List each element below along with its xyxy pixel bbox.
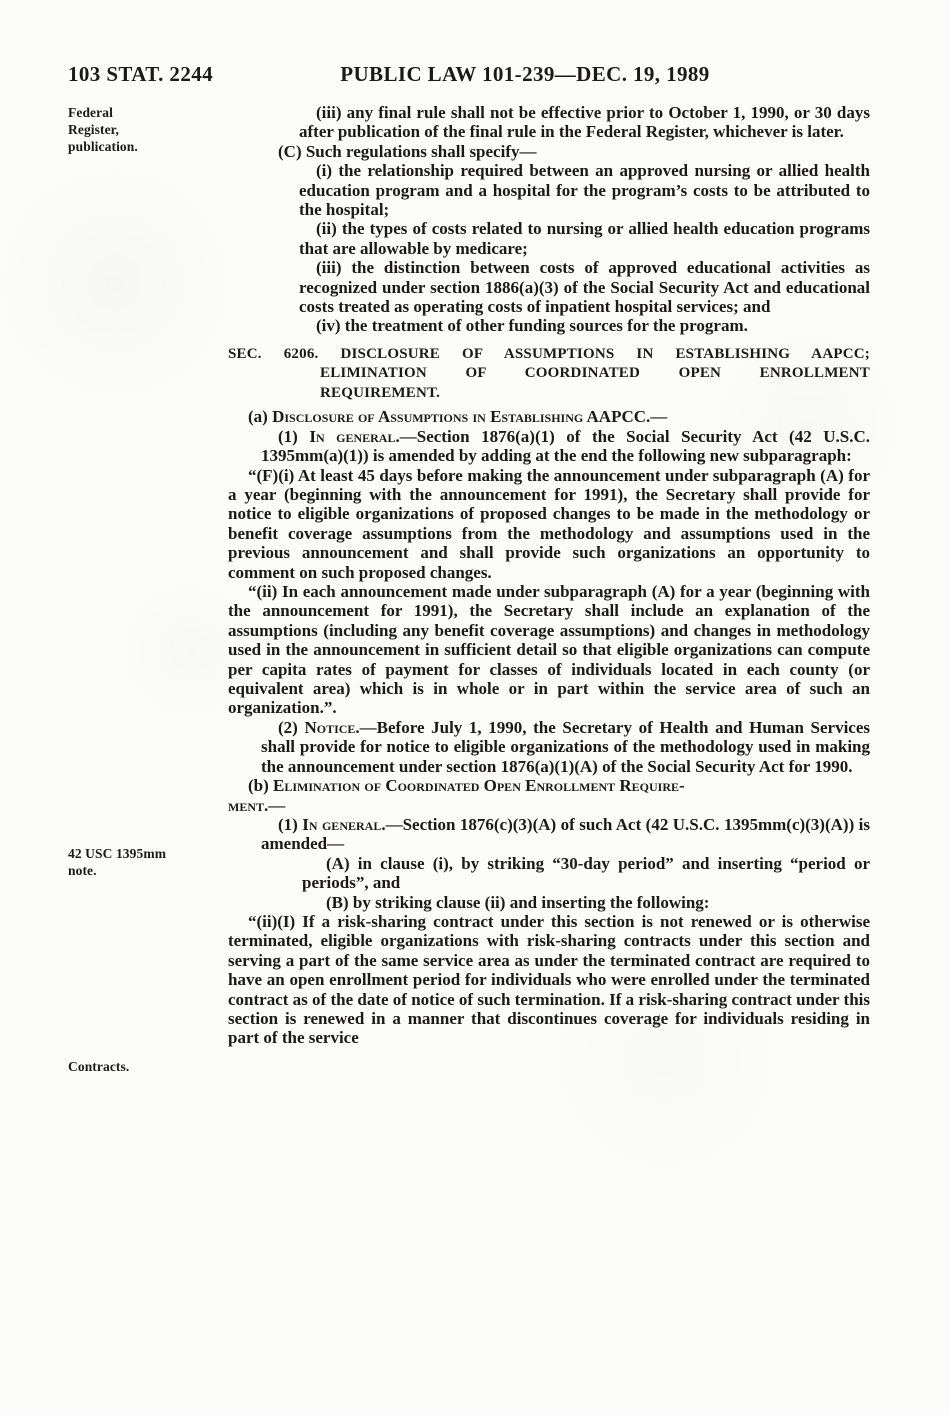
statute-paragraph: (ii) the types of costs related to nursi… bbox=[299, 219, 870, 258]
body-column: (iii) any final rule shall not be effect… bbox=[228, 103, 870, 1048]
small-caps-run: Elimination of Coordinated Open Enrollme… bbox=[273, 776, 685, 795]
section-heading: SEC. 6206. DISCLOSURE OF ASSUMPTIONS IN … bbox=[228, 345, 870, 404]
text-run: (iii) any final rule shall not be effect… bbox=[299, 103, 870, 141]
statute-paragraph: (a) Disclosure of Assumptions in Establi… bbox=[228, 407, 870, 426]
text-run: “(F)(i) At least 45 days before making t… bbox=[228, 466, 870, 582]
text-run: (b) bbox=[248, 776, 273, 795]
text-run: (1) bbox=[278, 815, 302, 834]
statute-paragraph: (A) in clause (i), by striking “30-day p… bbox=[302, 854, 870, 893]
text-run: (iii) the distinction between costs of a… bbox=[299, 258, 870, 316]
text-run: (B) by striking clause (ii) and insertin… bbox=[326, 893, 709, 912]
margin-note-line: Register, bbox=[68, 121, 220, 138]
margin-note-line: Contracts. bbox=[68, 1058, 220, 1075]
text-run: “(ii)(I) If a risk-sharing contract unde… bbox=[228, 912, 870, 1047]
statute-paragraph: (2) Notice.—Before July 1, 1990, the Sec… bbox=[261, 718, 870, 776]
text-run: (C) Such regulations shall specify— bbox=[278, 142, 537, 161]
statute-paragraph: (1) In general.—Section 1876(c)(3)(A) of… bbox=[261, 815, 870, 854]
statute-paragraph: (i) the relationship required between an… bbox=[299, 161, 870, 219]
statute-paragraph: (1) In general.—Section 1876(a)(1) of th… bbox=[261, 427, 870, 466]
text-run: “(ii) In each announcement made under su… bbox=[228, 582, 870, 717]
statute-paragraph: “(F)(i) At least 45 days before making t… bbox=[228, 466, 870, 582]
margin-note-line: publication. bbox=[68, 138, 220, 155]
contracts-note: Contracts. bbox=[68, 1058, 220, 1075]
statute-paragraph: (iv) the treatment of other funding sour… bbox=[299, 316, 870, 335]
text-run: (iv) the treatment of other funding sour… bbox=[316, 316, 748, 335]
small-caps-run: Notice bbox=[304, 718, 355, 737]
text-run: .— bbox=[646, 407, 667, 426]
section-heading-line: ELIMINATION OF COORDINATED OPEN ENROLLME… bbox=[320, 364, 870, 384]
section-heading-line: REQUIREMENT. bbox=[320, 384, 870, 404]
small-caps-run: In general bbox=[309, 427, 395, 446]
small-caps-run: Disclosure of Assumptions in Establishin… bbox=[272, 407, 646, 426]
statute-paragraph: (iii) any final rule shall not be effect… bbox=[299, 103, 870, 142]
statute-paragraph: (iii) the distinction between costs of a… bbox=[299, 258, 870, 316]
margin-note-line: Federal bbox=[68, 104, 220, 121]
statute-page: 103 STAT. 2244 PUBLIC LAW 101-239—DEC. 1… bbox=[0, 0, 950, 1415]
text-run: (a) bbox=[248, 407, 272, 426]
small-caps-run: ment.— bbox=[228, 796, 285, 815]
small-caps-run: In general bbox=[302, 815, 381, 834]
margin-note-line: 42 USC 1395mm bbox=[68, 845, 220, 862]
statute-paragraph: (C) Such regulations shall specify— bbox=[261, 142, 870, 161]
statute-paragraph: “(ii) In each announcement made under su… bbox=[228, 582, 870, 718]
section-heading-line: SEC. 6206. DISCLOSURE OF ASSUMPTIONS IN … bbox=[228, 345, 870, 365]
usc-note: 42 USC 1395mmnote. bbox=[68, 845, 220, 879]
margin-note-line: note. bbox=[68, 862, 220, 879]
statute-paragraph: (b) Elimination of Coordinated Open Enro… bbox=[228, 776, 870, 815]
text-run: (ii) the types of costs related to nursi… bbox=[299, 219, 870, 257]
statute-paragraph: (B) by striking clause (ii) and insertin… bbox=[302, 893, 870, 912]
page-stat-number: 103 STAT. 2244 bbox=[68, 62, 213, 87]
text-run: (A) in clause (i), by striking “30-day p… bbox=[302, 854, 870, 892]
statute-paragraph: “(ii)(I) If a risk-sharing contract unde… bbox=[228, 912, 870, 1048]
text-run: (2) bbox=[278, 718, 304, 737]
text-run: (i) the relationship required between an… bbox=[299, 161, 870, 219]
federal-register-note: FederalRegister,publication. bbox=[68, 104, 220, 155]
text-run: (1) bbox=[278, 427, 309, 446]
law-title-header: PUBLIC LAW 101-239—DEC. 19, 1989 bbox=[200, 62, 850, 87]
